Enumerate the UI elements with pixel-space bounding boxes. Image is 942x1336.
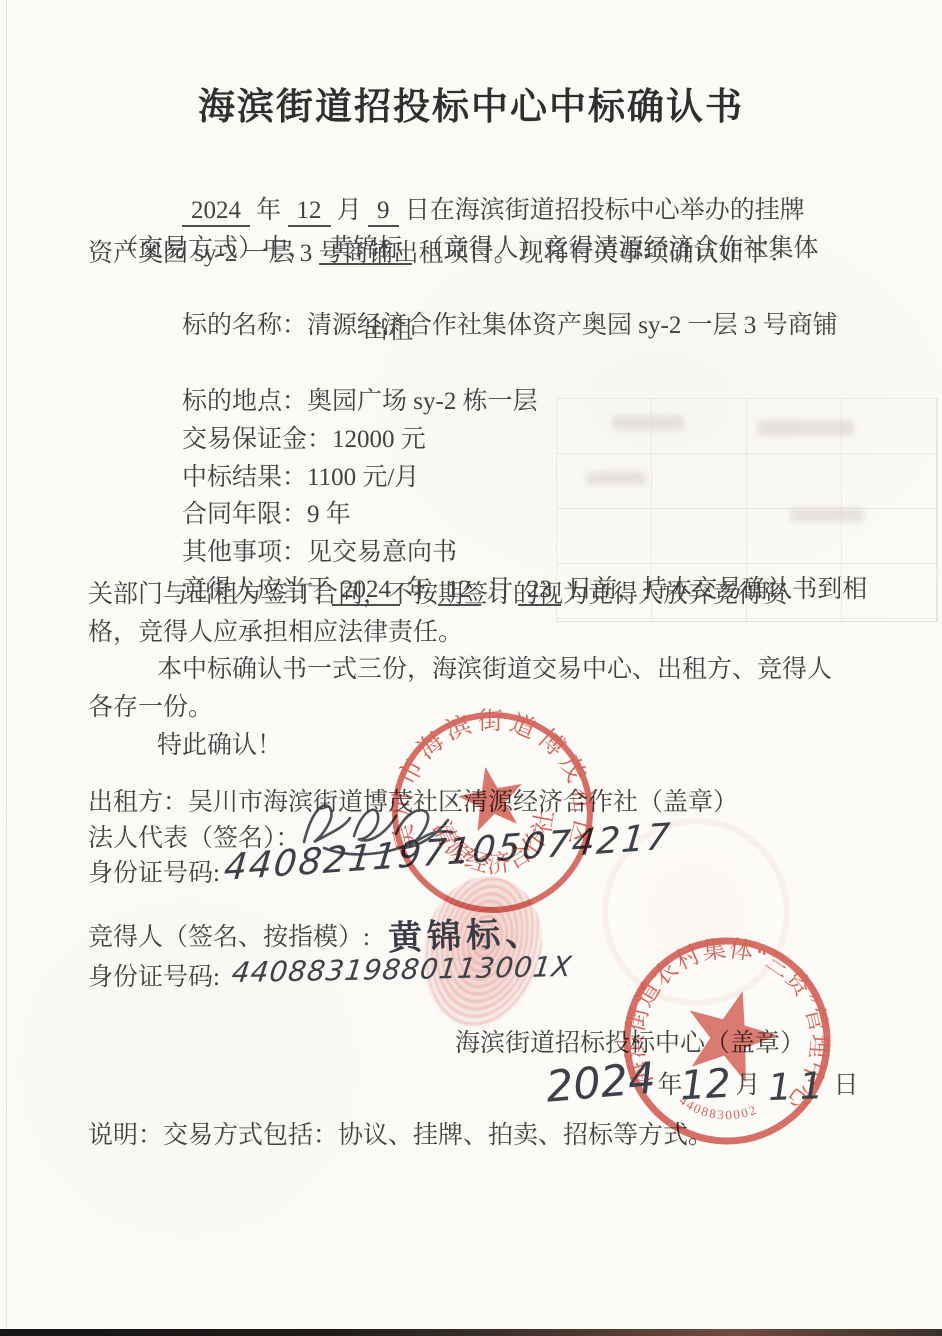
copies-line-2: 各存一份。 xyxy=(88,692,213,725)
scanned-document-page: 海滨街道招投标中心中标确认书 2024 年 12 月 9 日在海滨街道招投标中心… xyxy=(0,0,942,1336)
confirm-line: 特此确认！ xyxy=(157,730,282,763)
date-year-handwritten: 2024 xyxy=(544,1053,657,1112)
winner-label: 竞得人（签名、按指模）: xyxy=(88,922,370,955)
bleedthrough-smudge xyxy=(586,472,646,485)
day-char: 日 xyxy=(833,1065,858,1101)
winner-id-handwritten: 44088319880113001X xyxy=(230,950,574,989)
date-day-handwritten: 11 xyxy=(768,1064,833,1109)
deadline-line-2: 关部门与出租方签订合同，不按期签订的视为竞得人放弃竞得资 xyxy=(88,579,788,612)
month-char: 月 xyxy=(735,1065,760,1101)
page-title: 海滨街道招投标中心中标确认书 xyxy=(0,76,942,130)
field-subject-name-cont: 出租 xyxy=(363,315,413,348)
signoff-date: 2024 年 12 月 11 日 xyxy=(546,1058,860,1108)
winner-id-label: 身份证号码: xyxy=(88,962,220,995)
bleedthrough-smudge xyxy=(790,508,864,522)
bleedthrough-smudge xyxy=(612,416,684,430)
bleedthrough-smudge xyxy=(758,420,854,436)
copies-line-1: 本中标确认书一式三份，海滨街道交易中心、出租方、竞得人 xyxy=(157,654,832,687)
intro-line-3: 资产奥园 sy-2 一层 3 号商铺出租项目。现将有关事项确认如下： xyxy=(88,238,794,271)
deadline-line-3: 格，竞得人应承担相应法律责任。 xyxy=(88,617,463,650)
field-label: 标的名称： xyxy=(182,312,307,339)
scan-edge-bottom xyxy=(0,1329,942,1336)
scan-edge-left xyxy=(6,0,7,1336)
lessor-id-label: 身份证号码: xyxy=(88,858,220,891)
signature-scribble xyxy=(290,788,470,866)
date-month-handwritten: 12 xyxy=(679,1061,732,1110)
note-line: 说明：交易方式包括：协议、挂牌、拍卖、招标等方式。 xyxy=(88,1120,713,1153)
